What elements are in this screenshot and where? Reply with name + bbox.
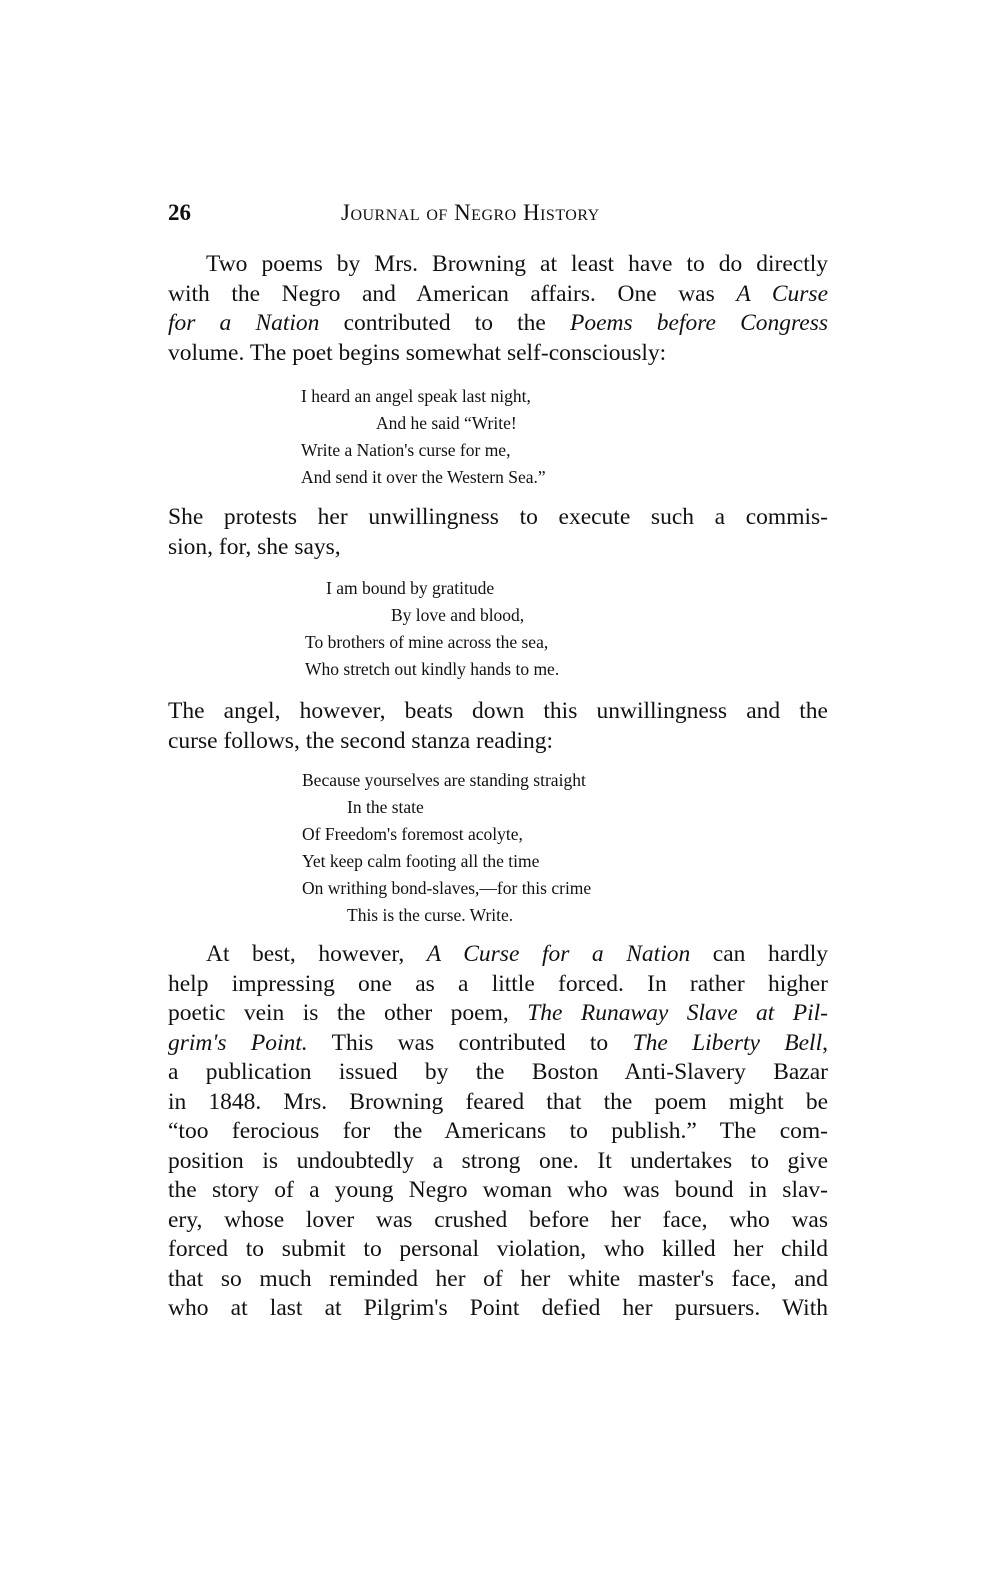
paragraph-1: Two poems by Mrs. Browning at least have… <box>168 250 828 368</box>
text-line: the story of a young Negro woman who was… <box>168 1176 828 1206</box>
verse-line: I am bound by gratitude <box>0 575 559 602</box>
text-run: a publication issued by the Boston Anti-… <box>168 1059 828 1085</box>
text-run: sion, for, she says, <box>168 534 341 560</box>
text-run: in 1848. Mrs. Browning feared that the p… <box>168 1089 828 1115</box>
text-line: help impressing one as a little forced. … <box>168 970 828 1000</box>
verse-line: And he said “Write! <box>0 410 546 437</box>
text-line: sion, for, she says, <box>168 533 828 563</box>
italic-title: for a Nation <box>168 310 319 336</box>
text-run: , <box>822 1030 828 1056</box>
italic-title: A Curse for a Nation <box>427 941 690 967</box>
verse-line: Who stretch out kindly hands to me. <box>0 656 559 683</box>
verse-2: I am bound by gratitudeBy love and blood… <box>0 575 559 683</box>
text-run: forced to submit to personal violation, … <box>168 1236 828 1262</box>
text-line: At best, however, A Curse for a Nation c… <box>168 940 828 970</box>
verse-line: By love and blood, <box>0 602 559 629</box>
text-run: The angel, however, beats down this unwi… <box>168 698 828 724</box>
text-run: who at last at Pilgrim's Point defied he… <box>168 1295 828 1321</box>
text-line: a publication issued by the Boston Anti-… <box>168 1058 828 1088</box>
text-run: “too ferocious for the Americans to publ… <box>168 1118 828 1144</box>
text-line: in 1848. Mrs. Browning feared that the p… <box>168 1088 828 1118</box>
text-line: that so much reminded her of her white m… <box>168 1265 828 1295</box>
paragraph-3: The angel, however, beats down this unwi… <box>168 697 828 756</box>
italic-title: The Runaway Slave at Pil- <box>527 1000 828 1026</box>
text-line: volume. The poet begins somewhat self-co… <box>168 339 828 369</box>
text-line: The angel, however, beats down this unwi… <box>168 697 828 727</box>
text-run: can hardly <box>690 941 828 967</box>
text-run: At best, however, <box>206 941 427 967</box>
text-line: “too ferocious for the Americans to publ… <box>168 1117 828 1147</box>
paragraph-2: She protests her unwillingness to execut… <box>168 503 828 562</box>
verse-line: In the state <box>0 794 591 821</box>
text-run: Two poems by Mrs. Browning at least have… <box>206 251 828 277</box>
text-run: curse follows, the second stanza reading… <box>168 728 553 754</box>
text-line: poetic vein is the other poem, The Runaw… <box>168 999 828 1029</box>
paragraph-4: At best, however, A Curse for a Nation c… <box>168 940 828 1324</box>
text-line: Two poems by Mrs. Browning at least have… <box>168 250 828 280</box>
text-run: contributed to the <box>319 310 570 336</box>
verse-3: Because yourselves are standing straight… <box>0 767 591 929</box>
page-number: 26 <box>168 200 191 226</box>
verse-line: This is the curse. Write. <box>0 902 591 929</box>
text-run: help impressing one as a little forced. … <box>168 971 828 997</box>
text-run: the story of a young Negro woman who was… <box>168 1177 828 1203</box>
text-line: curse follows, the second stanza reading… <box>168 727 828 757</box>
text-run: position is undoubtedly a strong one. It… <box>168 1148 828 1174</box>
running-title: Journal of Negro History <box>341 200 600 226</box>
text-run: with the Negro and American affairs. One… <box>168 281 736 307</box>
text-run: ery, whose lover was crushed before her … <box>168 1207 828 1233</box>
text-run: volume. The poet begins somewhat self-co… <box>168 340 666 366</box>
verse-line: And send it over the Western Sea.” <box>0 464 546 491</box>
verse-line: Of Freedom's foremost acolyte, <box>0 821 591 848</box>
text-line: position is undoubtedly a strong one. It… <box>168 1147 828 1177</box>
text-line: grim's Point. This was contributed to Th… <box>168 1029 828 1059</box>
text-run: poetic vein is the other poem, <box>168 1000 527 1026</box>
text-line: She protests her unwillingness to execut… <box>168 503 828 533</box>
italic-title: grim's Point. <box>168 1030 308 1056</box>
verse-line: Because yourselves are standing straight <box>0 767 591 794</box>
verse-line: On writhing bond-slaves,—for this crime <box>0 875 591 902</box>
italic-title: The Liberty Bell <box>633 1030 823 1056</box>
text-run: This was contributed to <box>308 1030 633 1056</box>
text-run: that so much reminded her of her white m… <box>168 1266 828 1292</box>
verse-line: I heard an angel speak last night, <box>0 383 546 410</box>
verse-1: I heard an angel speak last night,And he… <box>0 383 546 491</box>
verse-line: Write a Nation's curse for me, <box>0 437 546 464</box>
verse-line: To brothers of mine across the sea, <box>0 629 559 656</box>
italic-title: Poems before Congress <box>570 310 828 336</box>
text-line: who at last at Pilgrim's Point defied he… <box>168 1294 828 1324</box>
text-run: She protests her unwillingness to execut… <box>168 504 828 530</box>
text-line: forced to submit to personal violation, … <box>168 1235 828 1265</box>
italic-title: A Curse <box>736 281 828 307</box>
text-line: with the Negro and American affairs. One… <box>168 280 828 310</box>
text-line: ery, whose lover was crushed before her … <box>168 1206 828 1236</box>
text-line: for a Nation contributed to the Poems be… <box>168 309 828 339</box>
verse-line: Yet keep calm footing all the time <box>0 848 591 875</box>
